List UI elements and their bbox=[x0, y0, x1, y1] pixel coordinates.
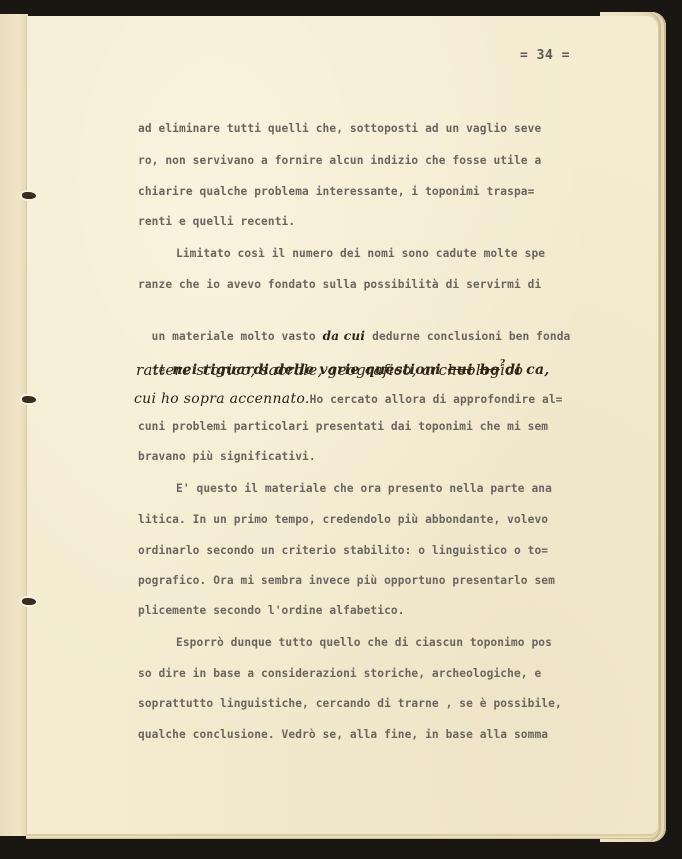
text-line: ranze che io avevo fondato sulla possibi… bbox=[138, 275, 541, 295]
typed-fragment: Ho cercato allora di approfondire al= bbox=[310, 393, 563, 406]
text-line: ad eliminare tutti quelli che, sottopost… bbox=[138, 119, 541, 139]
text-line: qualche conclusione. Vedrò se, alla fine… bbox=[138, 725, 548, 745]
page-number: = 34 = bbox=[520, 48, 570, 63]
text-line: E' questo il materiale che ora presento … bbox=[176, 479, 552, 499]
text-line: ordinarlo secondo un criterio stabilito:… bbox=[138, 541, 548, 561]
text-line-mixed: te nei riguardi delle varie questioni cu… bbox=[138, 334, 550, 354]
punch-hole-icon bbox=[22, 396, 36, 403]
text-line: soprattutto linguistiche, cercando di tr… bbox=[138, 694, 562, 714]
text-line: so dire in base a considerazioni storich… bbox=[138, 664, 541, 684]
text-line: bravano più significativi. bbox=[138, 447, 316, 467]
text-line: cuni problemi particolari presentati dai… bbox=[138, 417, 548, 437]
text-line: Limitato così il numero dei nomi sono ca… bbox=[176, 244, 545, 264]
text-line: ro, non servivano a fornire alcun indizi… bbox=[138, 151, 541, 171]
text-line: plicemente secondo l'ordine alfabetico. bbox=[138, 601, 405, 621]
text-line-mixed: cui ho sopra accennato.Ho cercato allora… bbox=[134, 389, 563, 409]
text-line: pografico. Ora mi sembra invece più oppo… bbox=[138, 571, 555, 591]
handwritten-insertion: cui ho sopra accennato. bbox=[134, 391, 310, 407]
text-line: litica. In un primo tempo, credendolo pi… bbox=[138, 510, 548, 530]
gutter-fold bbox=[26, 16, 27, 834]
text-line: chiarire qualche problema interessante, … bbox=[138, 182, 534, 202]
facing-page-edge bbox=[0, 14, 28, 836]
text-line: Esporrò dunque tutto quello che di ciasc… bbox=[176, 633, 552, 653]
text-line: renti e quelli recenti. bbox=[138, 212, 295, 232]
punch-hole-icon bbox=[22, 192, 36, 199]
text-line-mixed: un materiale molto vasto da cui dedurne … bbox=[138, 306, 570, 326]
punch-hole-icon bbox=[22, 598, 36, 605]
handwritten-line: rattere storico, sacrale, geografico, ar… bbox=[136, 360, 523, 380]
